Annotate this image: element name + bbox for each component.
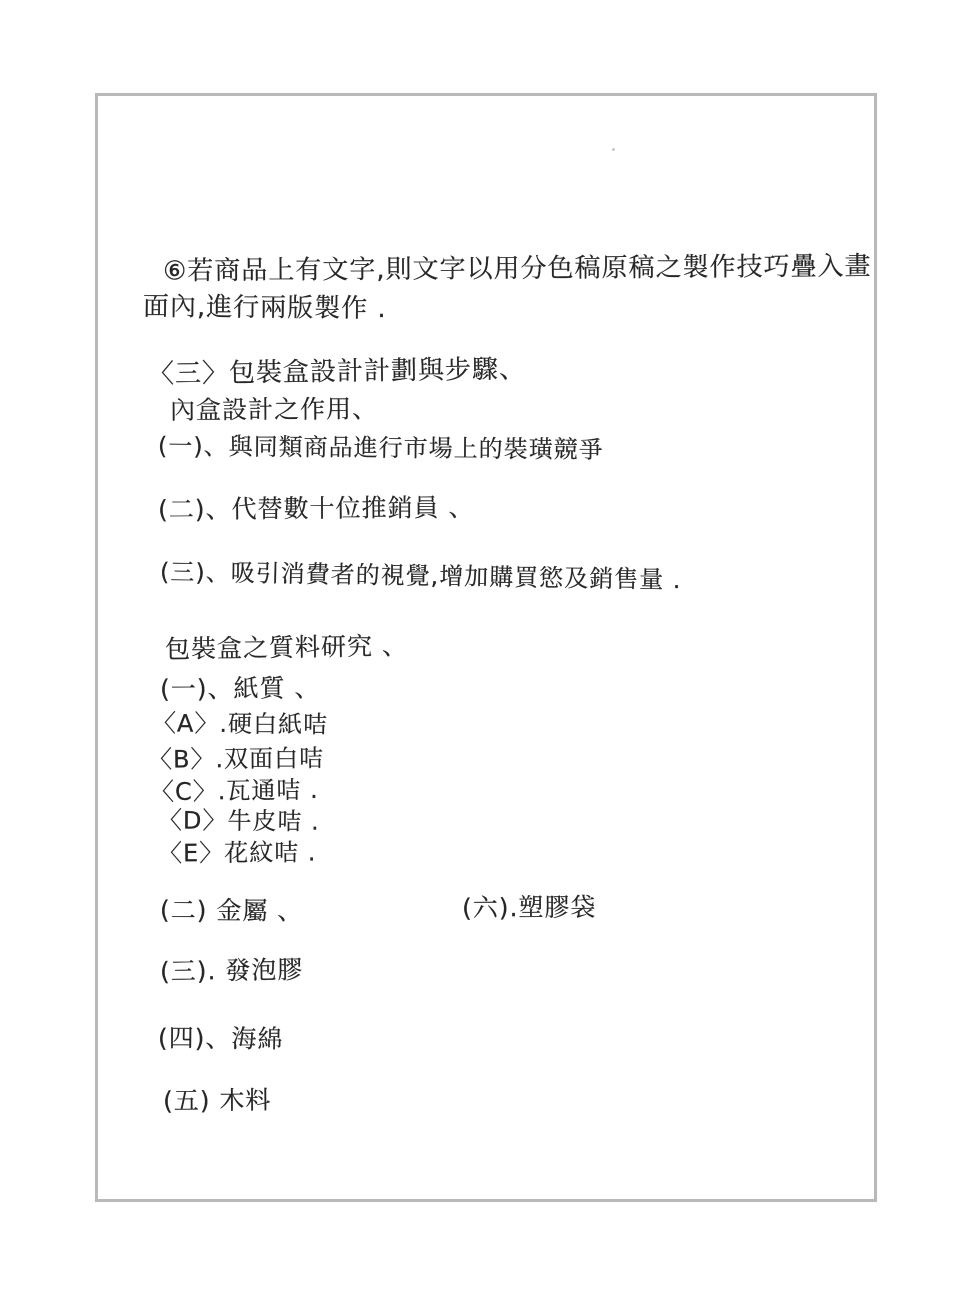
- handwritten-materials-heading: 包裝盒之質料研究 、: [165, 626, 408, 665]
- handwritten-material-5-wood: (五) 木料: [163, 1081, 272, 1118]
- handwritten-material-6-plastic: (六).塑膠袋: [462, 888, 597, 925]
- handwritten-section-heading: 〈三〉包裝盒設計計劃與步驟、: [148, 348, 526, 390]
- handwritten-material-2-metal: (二) 金屬 、: [160, 890, 304, 927]
- handwritten-material-3-foam: (三). 發泡膠: [160, 950, 304, 988]
- scan-speck: [612, 148, 615, 151]
- handwritten-paper-type-e: 〈E〉花紋咭 .: [158, 832, 317, 868]
- scanned-page-background: ⑥若商品上有文字,則文字以用分色稿原稿之製作技巧疊入畫 面內,進行兩版製作 . …: [0, 0, 972, 1296]
- handwritten-material-4-sponge: (四)、海綿: [158, 1018, 284, 1055]
- handwritten-material-1-paper: (一)、紙質 、: [160, 668, 321, 705]
- handwritten-paper-type-a: 〈A〉.硬白紙咭: [152, 703, 328, 740]
- handwritten-purpose-1: (一)、與同類商品進行市場上的裝璜競爭: [158, 426, 604, 465]
- handwritten-line-item6-part2: 面內,進行兩版製作 .: [143, 286, 387, 325]
- handwritten-paper-type-d: 〈D〉牛皮咭 .: [158, 800, 320, 836]
- handwritten-purpose-2: (二)、代替數十位推銷員 、: [158, 488, 475, 526]
- handwritten-line-item6-part1: ⑥若商品上有文字,則文字以用分色稿原稿之製作技巧疊入畫: [163, 246, 872, 288]
- handwritten-subheading-inner-box-purpose: 內盒設計之作用、: [170, 389, 378, 426]
